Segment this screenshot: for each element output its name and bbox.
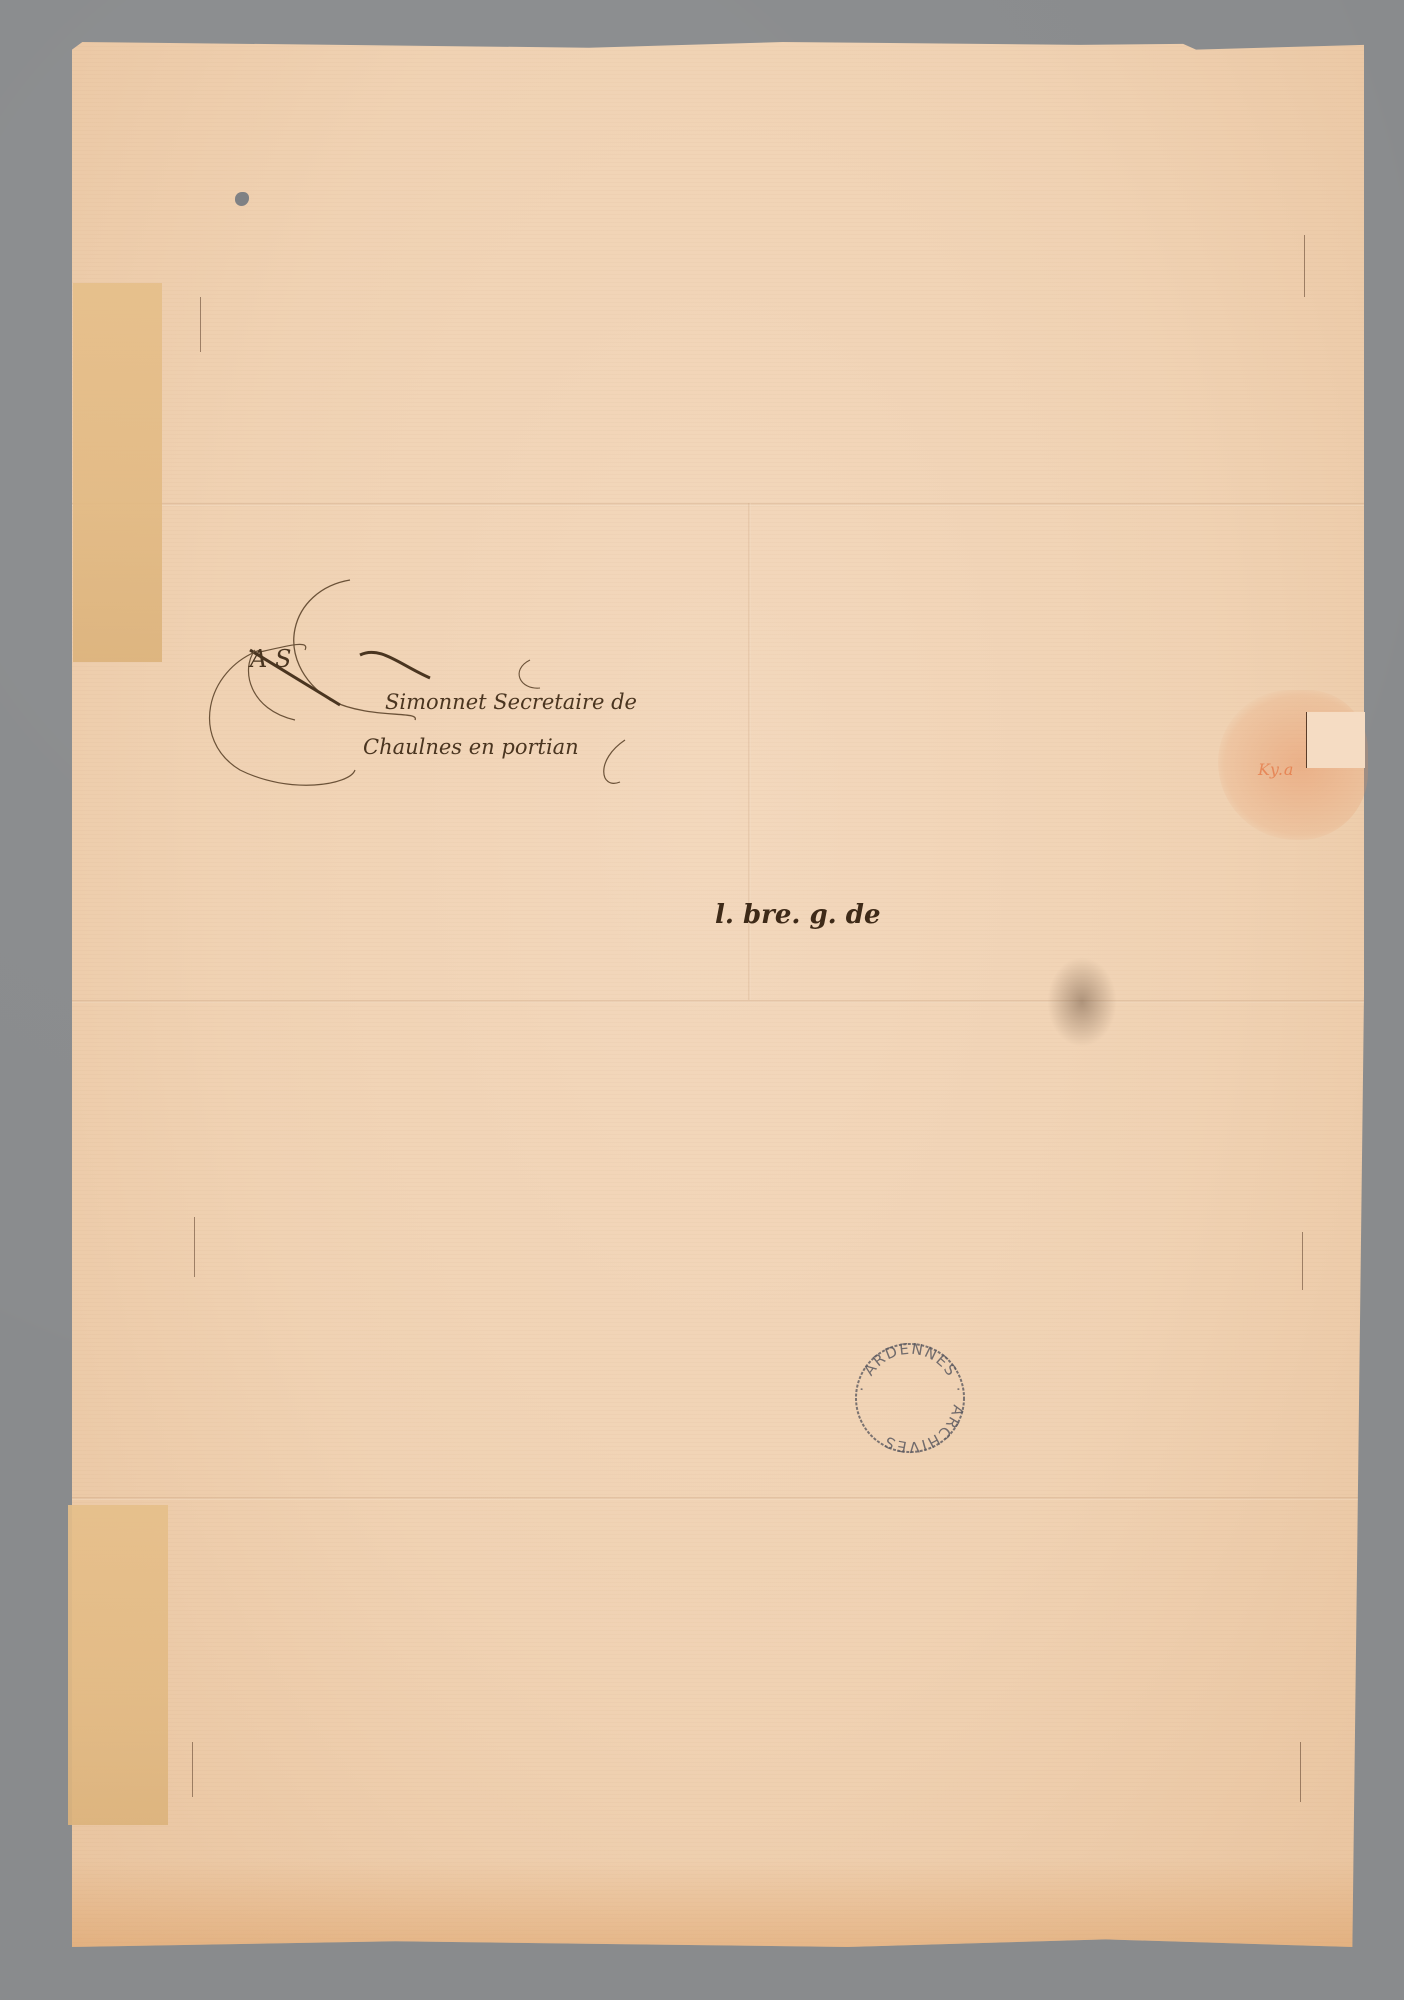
address-initials: A S	[250, 645, 291, 673]
ink-stain	[1047, 957, 1117, 1047]
conservation-tape-lower	[68, 1505, 168, 1825]
svg-text:· ARDENNES ·: · ARDENNES · ARCHIVES	[853, 1340, 968, 1456]
margin-tick	[1304, 235, 1305, 297]
seal-cut-slot	[1306, 712, 1365, 768]
fold-line-middle	[72, 1000, 1364, 1003]
conservation-tape-upper	[73, 283, 162, 662]
bottom-edge-foxing	[72, 1857, 1364, 1947]
stamp-text-ardennes: ARDENNES	[860, 1340, 961, 1380]
margin-tick	[1300, 1742, 1301, 1802]
stamp-separator: ·	[853, 1384, 872, 1394]
seal-residue-text: Ky.a	[1258, 760, 1294, 779]
address-line-2: Chaulnes en portian	[363, 735, 579, 759]
fold-line-lower	[72, 1497, 1364, 1500]
margin-tick	[1302, 1232, 1303, 1290]
margin-tick	[192, 1742, 193, 1797]
stamp-text-archives: ARCHIVES	[881, 1403, 968, 1456]
address-line-1: Simonnet Secretaire de	[385, 690, 637, 714]
stamp-separator: ·	[949, 1385, 968, 1394]
archives-ardennes-stamp: · ARDENNES · ARCHIVES	[852, 1340, 968, 1456]
manuscript-page	[72, 42, 1364, 1947]
paper-hole	[235, 192, 249, 206]
address-flourish	[200, 570, 650, 800]
docket-note: l. bre. g. de	[715, 900, 881, 930]
margin-tick	[200, 297, 201, 352]
margin-tick	[194, 1217, 195, 1277]
fold-line-upper	[72, 503, 1364, 506]
